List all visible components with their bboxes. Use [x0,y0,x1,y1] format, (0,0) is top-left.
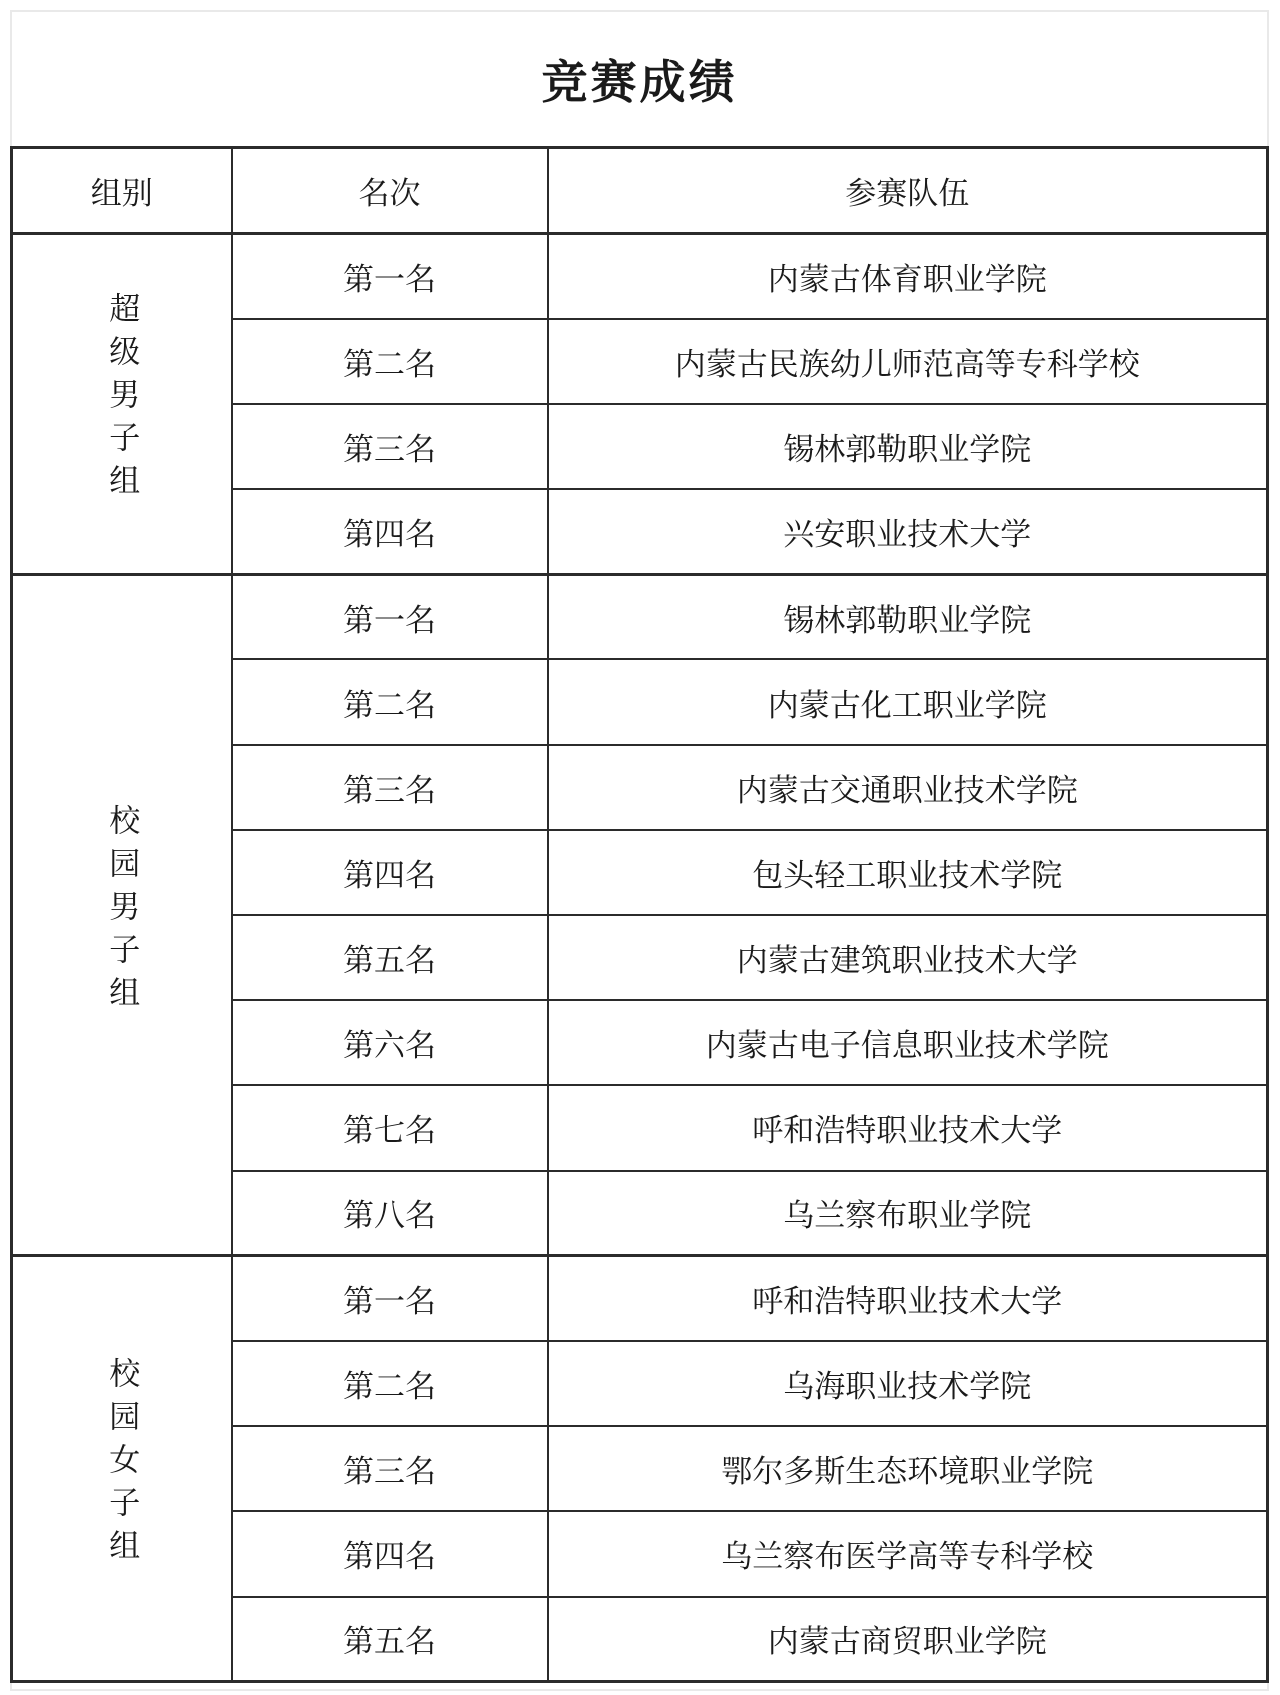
team-cell: 乌海职业技术学院 [548,1341,1268,1426]
rank-cell: 第四名 [232,830,548,915]
col-header-team: 参赛队伍 [548,148,1268,234]
col-header-rank: 名次 [232,148,548,234]
team-cell: 内蒙古电子信息职业技术学院 [548,1000,1268,1085]
rank-cell: 第一名 [232,1256,548,1341]
results-table: 组别 名次 参赛队伍 超级男子组 第一名 内蒙古体育职业学院 第二名 内蒙古民族… [10,146,1269,1683]
rank-cell: 第一名 [232,234,548,319]
rank-cell: 第八名 [232,1171,548,1256]
rank-cell: 第三名 [232,1426,548,1511]
col-header-group: 组别 [12,148,232,234]
group-label: 超级男子组 [99,292,144,507]
rank-cell: 第三名 [232,745,548,830]
team-cell: 锡林郭勒职业学院 [548,404,1268,489]
rank-cell: 第二名 [232,659,548,744]
header-row: 组别 名次 参赛队伍 [12,148,1268,234]
team-cell: 内蒙古商贸职业学院 [548,1597,1268,1682]
table-row: 校园女子组 第一名 呼和浩特职业技术大学 [12,1256,1268,1341]
group-cell: 校园女子组 [12,1256,232,1682]
team-cell: 包头轻工职业技术学院 [548,830,1268,915]
title-area: 竞赛成绩 [12,12,1267,146]
group-label: 校园男子组 [99,804,144,1019]
team-cell: 内蒙古体育职业学院 [548,234,1268,319]
rank-cell: 第六名 [232,1000,548,1085]
table-row: 超级男子组 第一名 内蒙古体育职业学院 [12,234,1268,319]
team-cell: 乌兰察布医学高等专科学校 [548,1511,1268,1596]
team-cell: 兴安职业技术大学 [548,489,1268,574]
group-label: 校园女子组 [99,1357,144,1572]
rank-cell: 第五名 [232,1597,548,1682]
team-cell: 内蒙古民族幼儿师范高等专科学校 [548,319,1268,404]
team-cell: 内蒙古交通职业技术学院 [548,745,1268,830]
rank-cell: 第二名 [232,319,548,404]
rank-cell: 第五名 [232,915,548,1000]
team-cell: 内蒙古建筑职业技术大学 [548,915,1268,1000]
team-cell: 呼和浩特职业技术大学 [548,1256,1268,1341]
team-cell: 锡林郭勒职业学院 [548,574,1268,659]
page-title: 竞赛成绩 [542,46,738,112]
team-cell: 乌兰察布职业学院 [548,1171,1268,1256]
team-cell: 内蒙古化工职业学院 [548,659,1268,744]
rank-cell: 第七名 [232,1085,548,1170]
rank-cell: 第一名 [232,574,548,659]
team-cell: 呼和浩特职业技术大学 [548,1085,1268,1170]
rank-cell: 第三名 [232,404,548,489]
group-cell: 校园男子组 [12,574,232,1256]
rank-cell: 第四名 [232,489,548,574]
table-row: 校园男子组 第一名 锡林郭勒职业学院 [12,574,1268,659]
team-cell: 鄂尔多斯生态环境职业学院 [548,1426,1268,1511]
rank-cell: 第二名 [232,1341,548,1426]
document-page: 竞赛成绩 组别 名次 参赛队伍 超级男子组 第一名 内蒙古体育职业学院 [10,10,1269,1691]
rank-cell: 第四名 [232,1511,548,1596]
group-cell: 超级男子组 [12,234,232,575]
